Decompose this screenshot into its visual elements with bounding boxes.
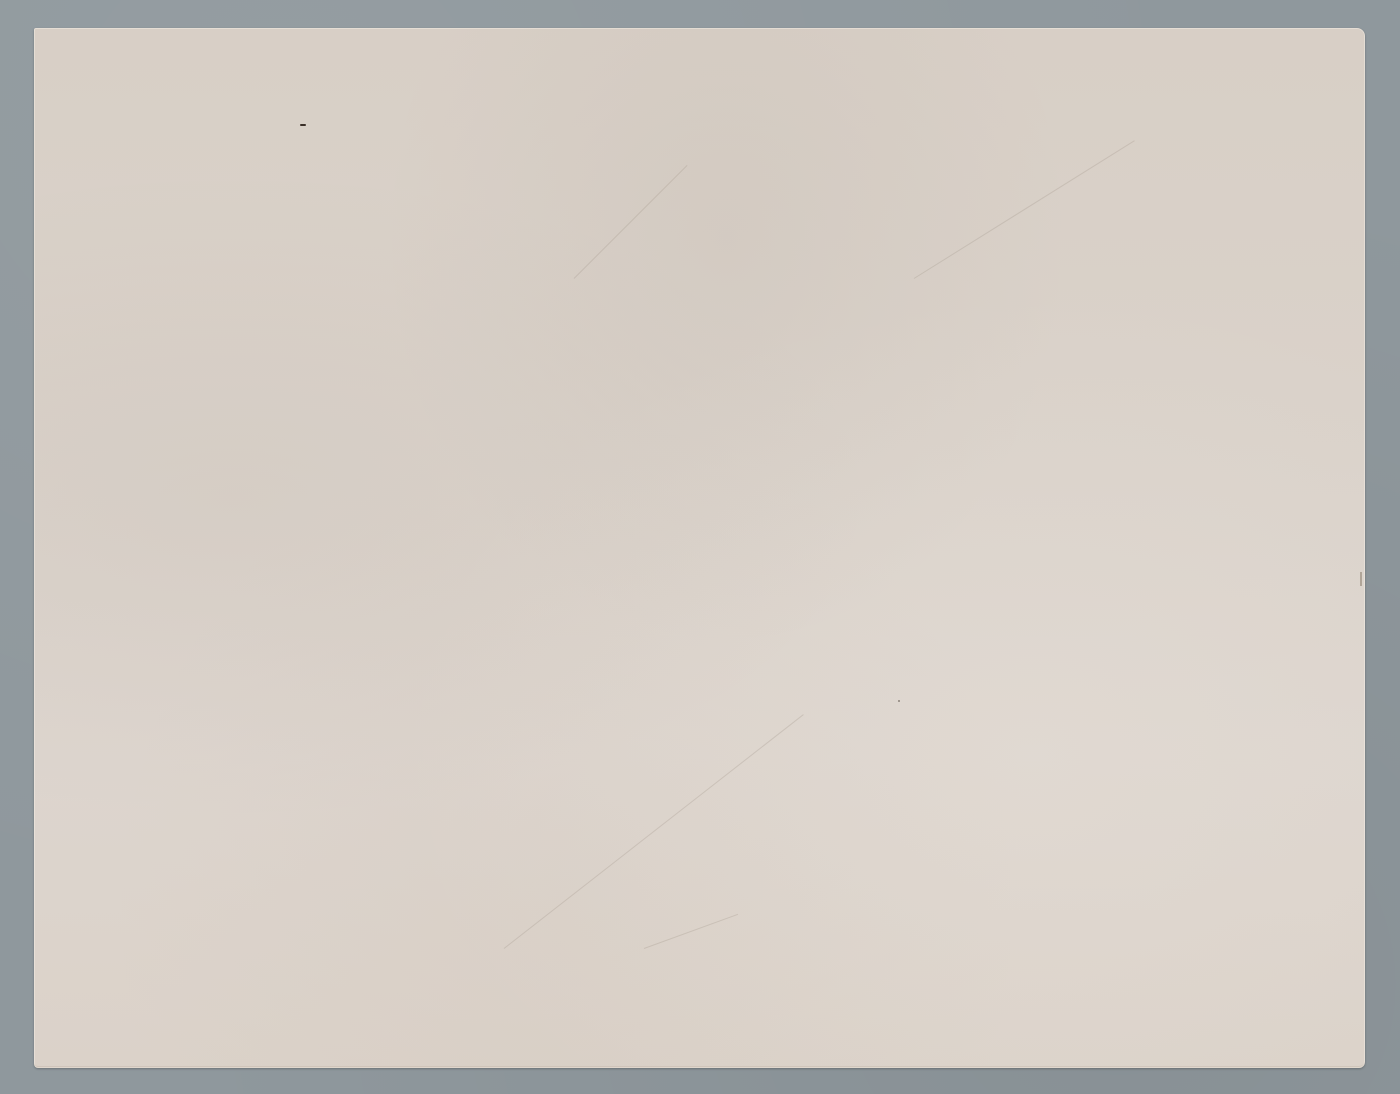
paper-speck xyxy=(898,700,900,702)
paper-speck xyxy=(300,124,306,126)
gray-background xyxy=(0,0,1400,1094)
blank-paper-sheet xyxy=(34,28,1365,1068)
edge-mark xyxy=(1360,572,1362,586)
paper-crease xyxy=(644,914,738,949)
paper-crease xyxy=(504,714,804,949)
paper-crease xyxy=(914,140,1135,279)
paper-crease xyxy=(574,165,688,279)
